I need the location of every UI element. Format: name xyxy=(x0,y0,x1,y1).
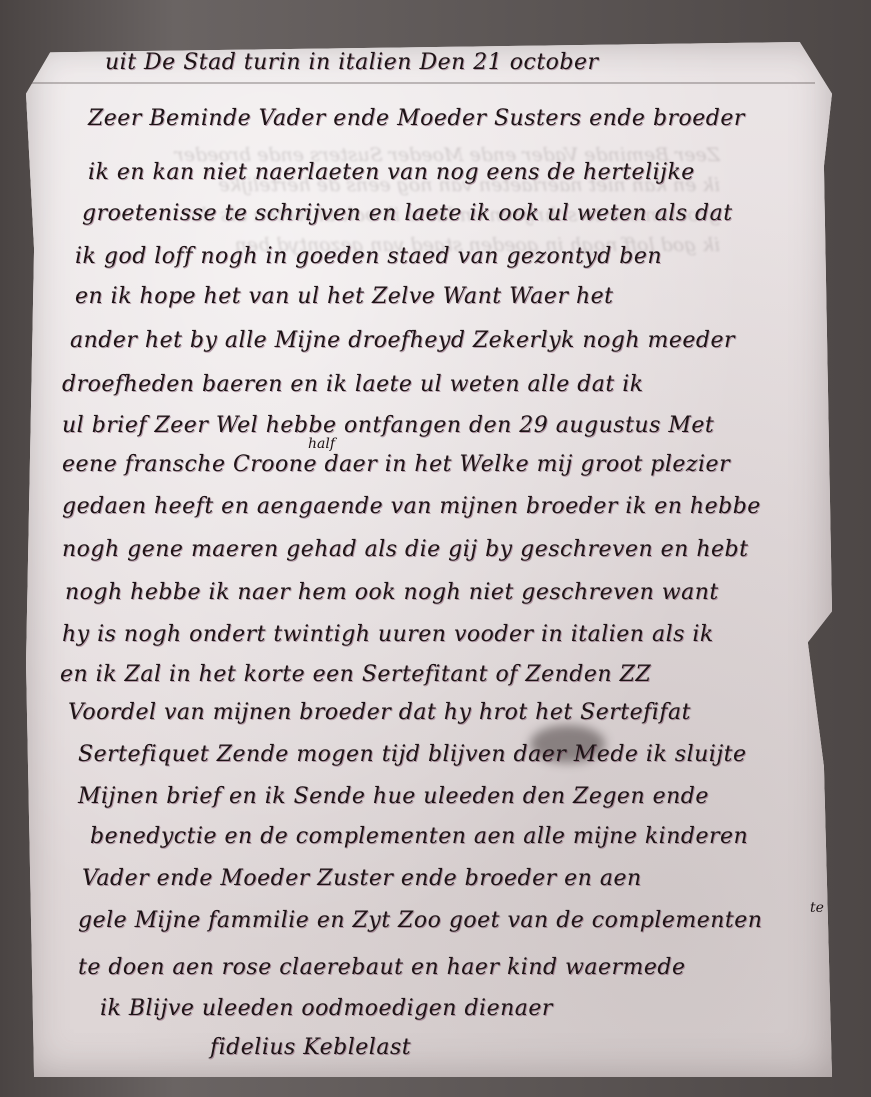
letter-line: nogh hebbe ik naer hem ook nogh niet ges… xyxy=(65,580,719,605)
letter-line: te doen aen rose claerebaut en haer kind… xyxy=(78,955,686,980)
letter-line: Sertefiquet Zende mogen tijd blijven dae… xyxy=(78,742,747,767)
letter-line: Mijnen brief en ik Sende hue uleeden den… xyxy=(78,784,709,809)
letter-line: gedaen heeft en aengaende van mijnen bro… xyxy=(62,494,761,519)
letter-line: nogh gene maeren gehad als die gij by ge… xyxy=(62,537,748,562)
letter-line: benedyctie en de complementen aen alle m… xyxy=(90,824,748,849)
letter-line: eene fransche Croone daer in het Welke m… xyxy=(62,452,730,477)
interlinear-insert: half xyxy=(308,436,335,452)
closing-line: ik Blijve uleeden oodmoedigen dienaer xyxy=(100,996,553,1021)
letter-line: ik god loff nogh in goeden staed van gez… xyxy=(75,244,662,269)
letter-line: ander het by alle Mijne droefheyd Zekerl… xyxy=(70,328,735,353)
letter-line: Vader ende Moeder Zuster ende broeder en… xyxy=(82,866,642,891)
letter-line: Voordel van mijnen broeder dat hy hrot h… xyxy=(68,700,691,725)
letter-line: groetenisse te schrijven en laete ik ook… xyxy=(82,201,733,226)
margin-insert: te xyxy=(810,900,824,916)
letter-line: ik en kan niet naerlaeten van nog eens d… xyxy=(88,160,695,185)
letter-line: en ik Zal in het korte een Sertefitant o… xyxy=(60,662,651,687)
letter-line: droefheden baeren en ik laete ul weten a… xyxy=(62,372,644,397)
letter-line: en ik hope het van ul het Zelve Want Wae… xyxy=(75,284,613,309)
letter-body: uit De Stad turin in italien Den 21 octo… xyxy=(0,0,871,1097)
salutation-line: Zeer Beminde Vader ende Moeder Susters e… xyxy=(88,106,745,131)
letter-heading: uit De Stad turin in italien Den 21 octo… xyxy=(105,50,599,75)
letter-line: gele Mijne fammilie en Zyt Zoo goet van … xyxy=(78,908,762,933)
letter-line: hy is nogh ondert twintigh uuren vooder … xyxy=(62,622,714,647)
letter-line: ul brief Zeer Wel hebbe ontfangen den 29… xyxy=(62,413,714,438)
signature: fidelius Keblelast xyxy=(210,1035,411,1060)
